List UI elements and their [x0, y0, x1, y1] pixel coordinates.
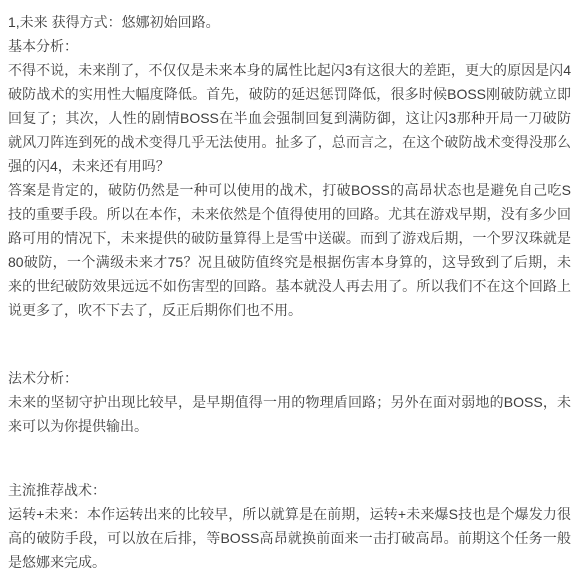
section-heading-arts-analysis: 法术分析： — [8, 366, 571, 390]
section-heading-recommended-tactics: 主流推荐战术： — [8, 478, 571, 502]
recommended-tactics-paragraph: 运转+未来：本作运转出来的比较早，所以就算是在前期，运转+未来爆S技也是个爆发力… — [8, 502, 571, 574]
section-heading-basic-analysis: 基本分析： — [8, 34, 571, 58]
basic-analysis-paragraph-1: 不得不说，未来削了，不仅仅是未来本身的属性比起闪3有这很大的差距，更大的原因是闪… — [8, 58, 571, 178]
arts-analysis-paragraph: 未来的坚韧守护出现比较早，是早期值得一用的物理盾回路；另外在面对弱地的BOSS，… — [8, 390, 571, 438]
guide-article: 1,未来 获得方式：悠娜初始回路。 基本分析： 不得不说，未来削了，不仅仅是未来… — [0, 0, 580, 574]
basic-analysis-paragraph-2: 答案是肯定的，破防仍然是一种可以使用的战术，打破BOSS的高昂状态也是避免自己吃… — [8, 178, 571, 322]
entry-title: 1,未来 获得方式：悠娜初始回路。 — [8, 10, 571, 34]
